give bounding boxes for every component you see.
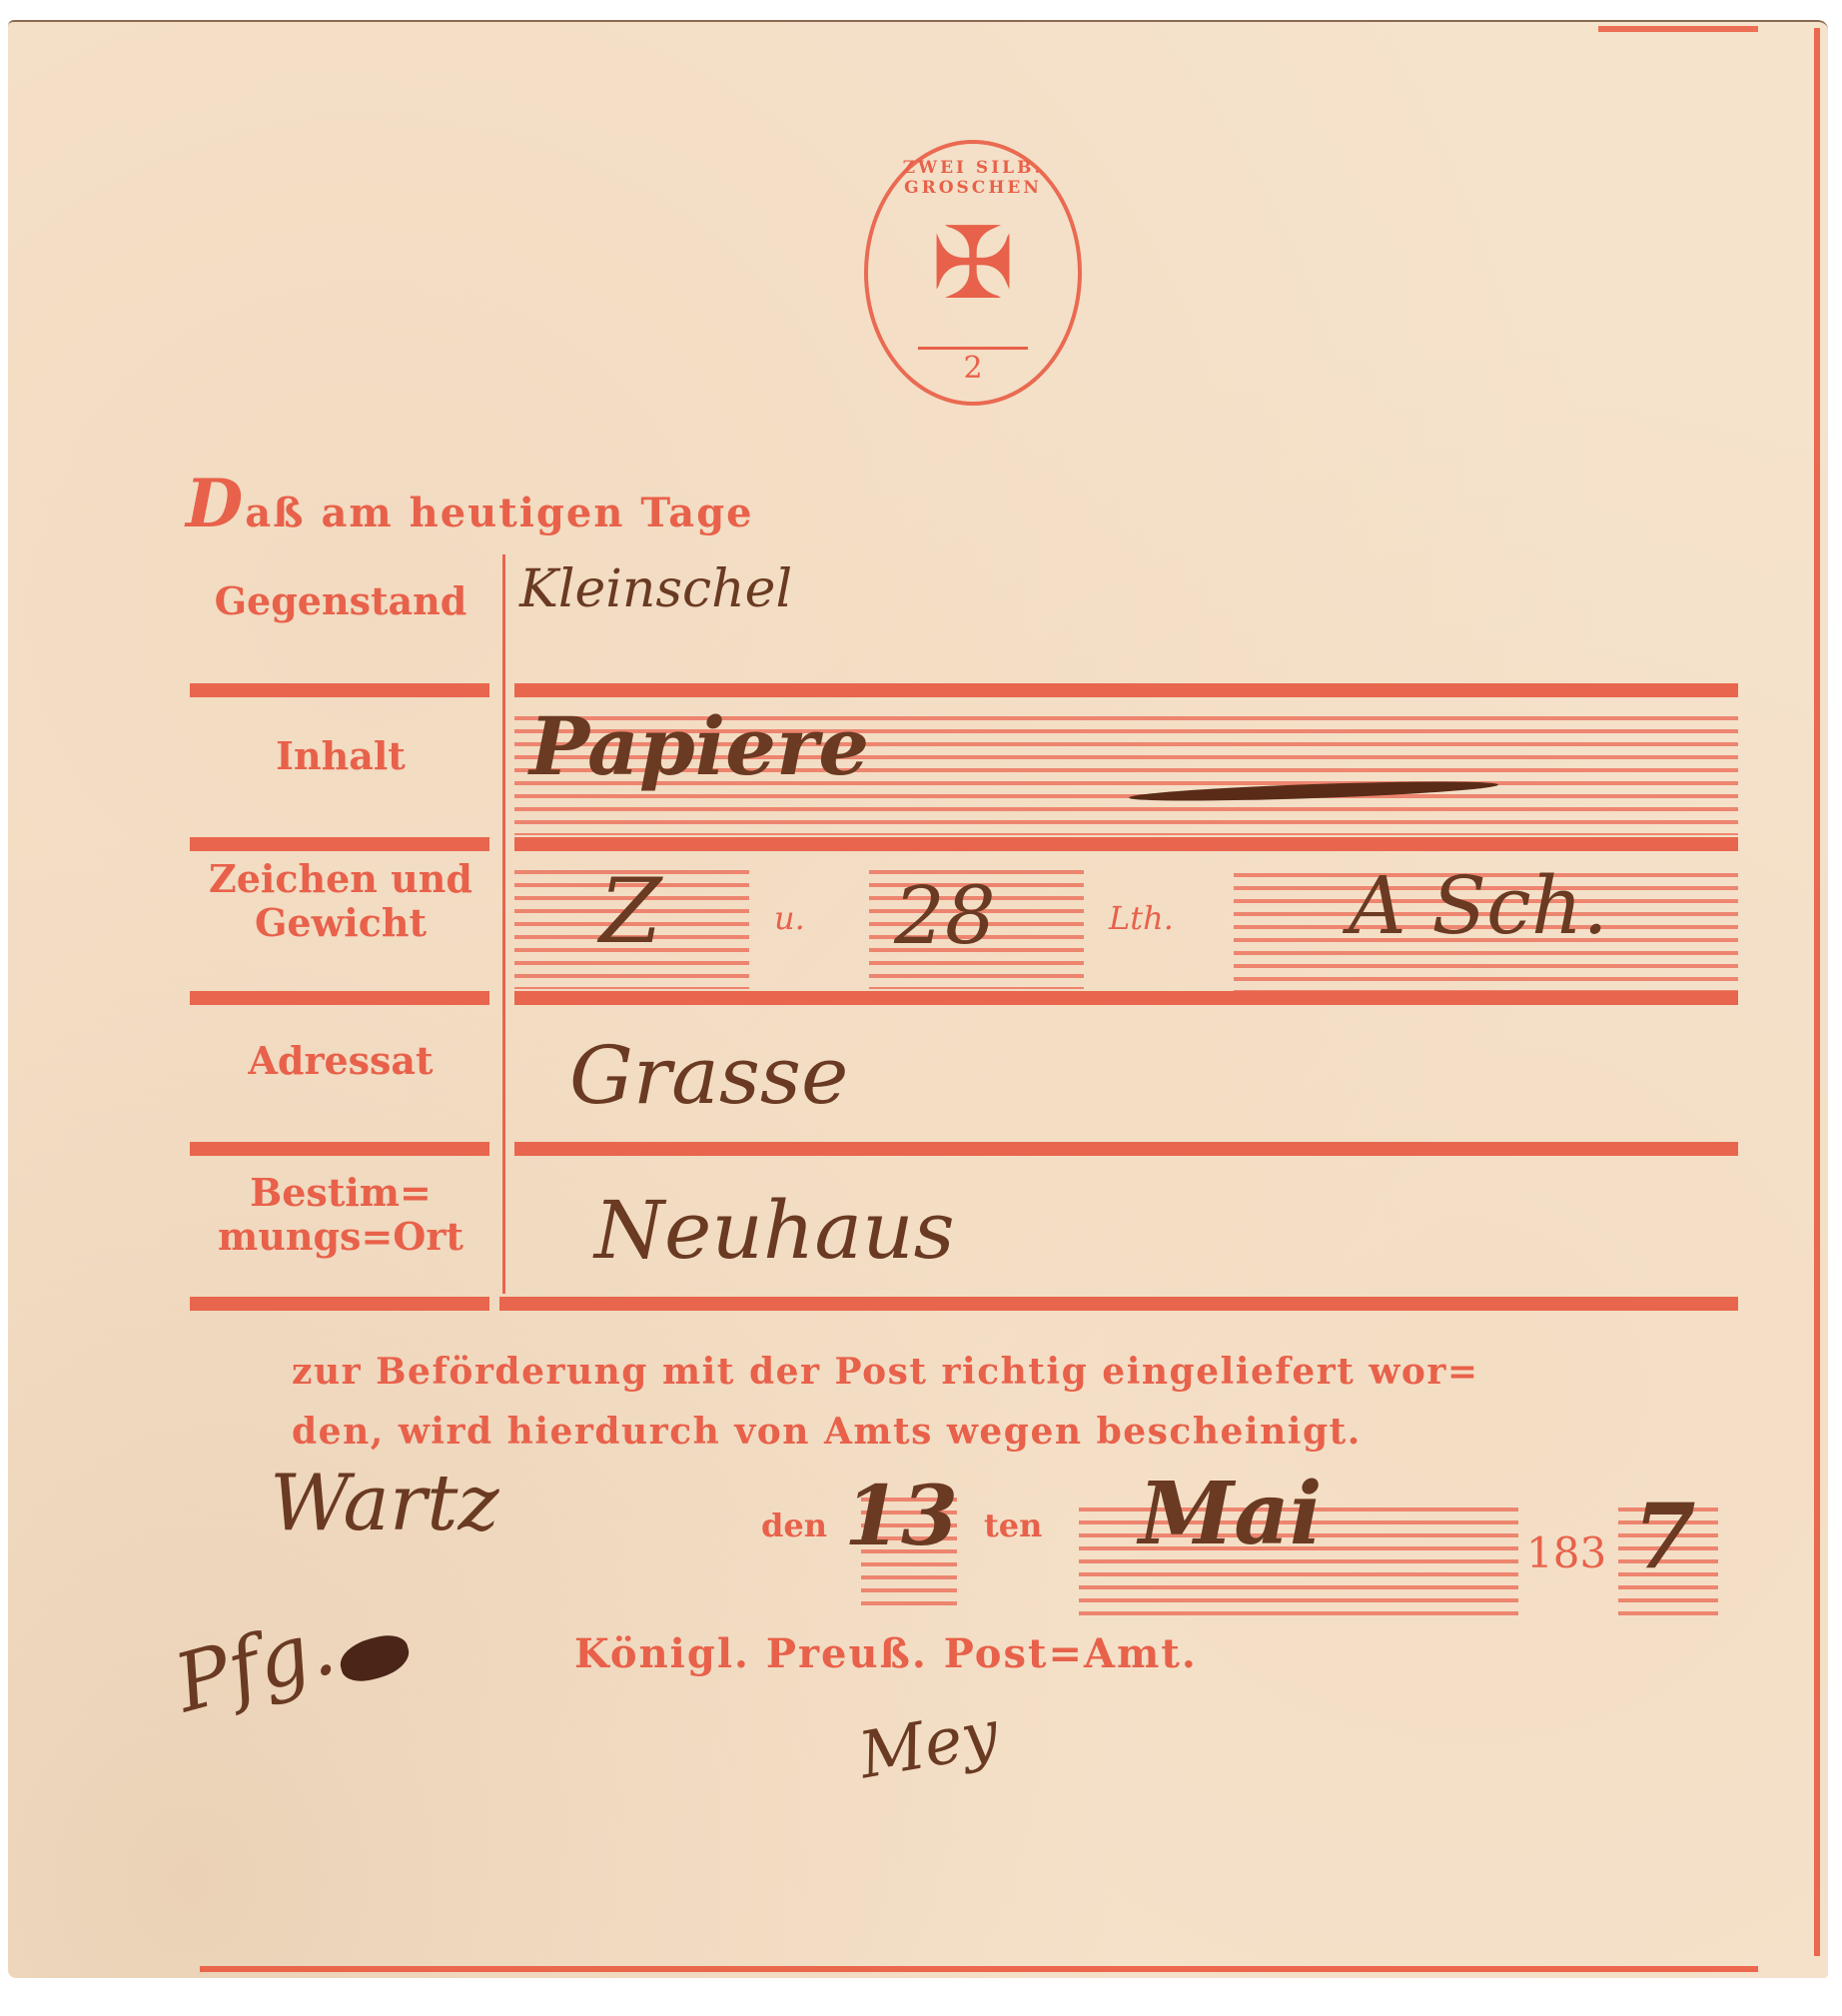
heading-rest: aß am heutigen Tage <box>245 490 753 536</box>
handwritten-mark: Z <box>599 859 662 964</box>
heading-initial: D <box>186 465 245 542</box>
label-und: u. <box>774 899 805 937</box>
label-line: mungs=Ort <box>186 1215 495 1259</box>
rule <box>190 683 489 697</box>
label-line: Gewicht <box>186 901 495 945</box>
label-line: Bestim= <box>186 1171 495 1215</box>
form-heading: Daß am heutigen Tage <box>186 465 754 542</box>
rule <box>499 1297 1738 1311</box>
label-ten: ten <box>984 1507 1042 1544</box>
handwritten-inhalt: Papiere <box>529 699 869 793</box>
label-den: den <box>761 1507 827 1544</box>
handwritten-extra: A Sch. <box>1349 859 1608 952</box>
postage-seal: ZWEI SILB. GROSCHEN ✠ 2 <box>864 140 1082 406</box>
rule <box>514 683 1738 697</box>
seal-value: 2 <box>868 351 1078 386</box>
post-office-name: Königl. Preuß. Post=Amt. <box>574 1630 1198 1677</box>
column-divider <box>502 554 505 1294</box>
label-adressat: Adressat <box>186 1039 495 1083</box>
label-line: Zeichen und <box>186 857 495 901</box>
rule <box>190 1142 489 1156</box>
paragraph-line-2: den, wird hierdurch von Amts wegen besch… <box>292 1411 1362 1453</box>
red-border-right <box>1814 28 1820 1956</box>
red-border-bottom <box>200 1966 1758 1972</box>
label-bestimmungsort: Bestim= mungs=Ort <box>186 1171 495 1258</box>
seal-inscription: ZWEI SILB. GROSCHEN <box>868 158 1078 198</box>
handwritten-bestimmungsort: Neuhaus <box>594 1184 955 1277</box>
label-loth: Lth. <box>1109 899 1174 937</box>
rule <box>190 991 489 1005</box>
handwritten-place: Wartz <box>270 1459 499 1548</box>
handwritten-year: 7 <box>1633 1484 1696 1589</box>
label-gegenstand: Gegenstand <box>186 579 495 623</box>
handwritten-gegenstand: Kleinschel <box>519 559 792 619</box>
label-inhalt: Inhalt <box>186 734 495 778</box>
rule <box>514 1142 1738 1156</box>
handwritten-weight: 28 <box>894 869 996 962</box>
rule <box>190 1297 489 1311</box>
rule <box>514 991 1738 1005</box>
handwritten-adressat: Grasse <box>569 1029 848 1122</box>
label-zeichen-gewicht: Zeichen und Gewicht <box>186 857 495 944</box>
year-prefix: 183 <box>1526 1528 1606 1577</box>
red-border-top <box>1598 26 1758 32</box>
paragraph-line-1: zur Beförderung mit der Post richtig ein… <box>292 1351 1479 1393</box>
rule <box>190 837 489 851</box>
eagle-icon: ✠ <box>931 214 1015 314</box>
rule <box>514 837 1738 851</box>
seal-divider <box>918 347 1028 350</box>
handwritten-month: Mai <box>1139 1464 1323 1564</box>
handwritten-day: 13 <box>844 1469 958 1564</box>
